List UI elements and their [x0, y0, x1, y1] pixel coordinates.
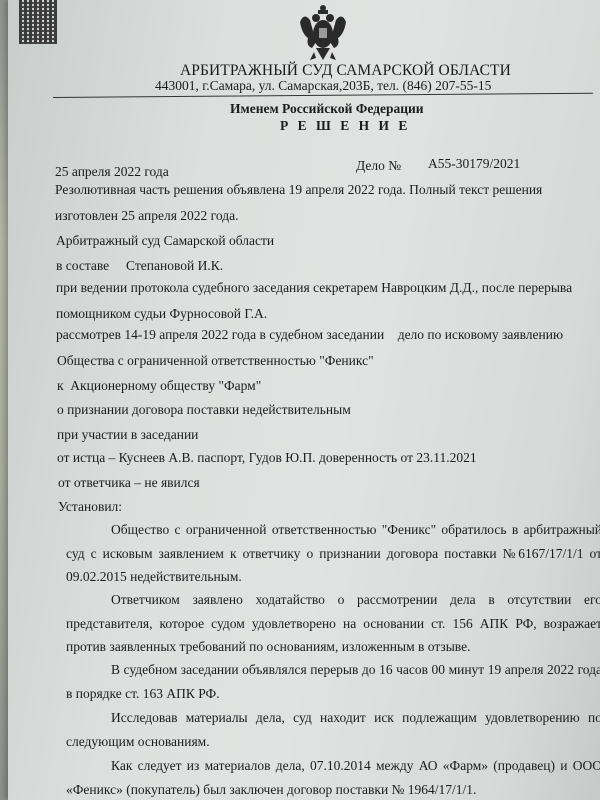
intro-line: Общества с ограниченной ответственностью… — [57, 353, 374, 369]
case-number: А55-30179/2021 — [428, 156, 520, 172]
intro-line: при участии в заседании — [57, 427, 198, 443]
intro-line: Резолютивная часть решения объявлена 19 … — [55, 182, 542, 198]
russian-coat-of-arms-icon — [296, 2, 350, 64]
intro-line: при ведении протокола судебного заседани… — [56, 280, 572, 296]
case-label: Дело № — [356, 158, 401, 174]
paragraph: В судебном заседании объявлялся перерыв … — [66, 658, 600, 705]
intro-line: помощником судьи Фурносовой Г.А. — [56, 306, 267, 322]
intro-line: к Акционерному обществу "Фарм" — [57, 378, 261, 394]
in-name-of-federation: Именем Российской Федерации — [230, 101, 424, 117]
decision-date: 25 апреля 2022 года — [55, 164, 169, 180]
document-page: АРБИТРАЖНЫЙ СУД САМАРСКОЙ ОБЛАСТИ 443001… — [8, 0, 600, 800]
intro-line: от истца – Куснеев А.В. паспорт, Гудов Ю… — [57, 450, 477, 466]
intro-line: рассмотрев 14-19 апреля 2022 года в суде… — [56, 327, 563, 343]
intro-line: в составе Степановой И.К. — [56, 258, 223, 274]
intro-line: изготовлен 25 апреля 2022 года. — [55, 208, 238, 224]
intro-line: Арбитражный суд Самарской области — [56, 233, 274, 249]
paragraph: Общество с ограниченной ответственностью… — [66, 518, 600, 589]
intro-line: о признании договора поставки недействит… — [57, 402, 351, 418]
section-heading-established: Установил: — [58, 499, 122, 515]
paragraph: Ответчиком заявлено ходатайство о рассмо… — [66, 588, 600, 659]
document-title: Р Е Ш Е Н И Е — [280, 118, 410, 134]
paragraph: Исследовав материалы дела, суд находит и… — [66, 706, 600, 753]
paragraph: Как следует из материалов дела, 07.10.20… — [66, 754, 600, 800]
intro-line: от ответчика – не явился — [58, 475, 200, 491]
page-left-edge — [0, 0, 8, 800]
court-address: 443001, г.Самара, ул. Самарская,203Б, те… — [155, 78, 491, 94]
datamatrix-code-icon — [19, 0, 57, 44]
